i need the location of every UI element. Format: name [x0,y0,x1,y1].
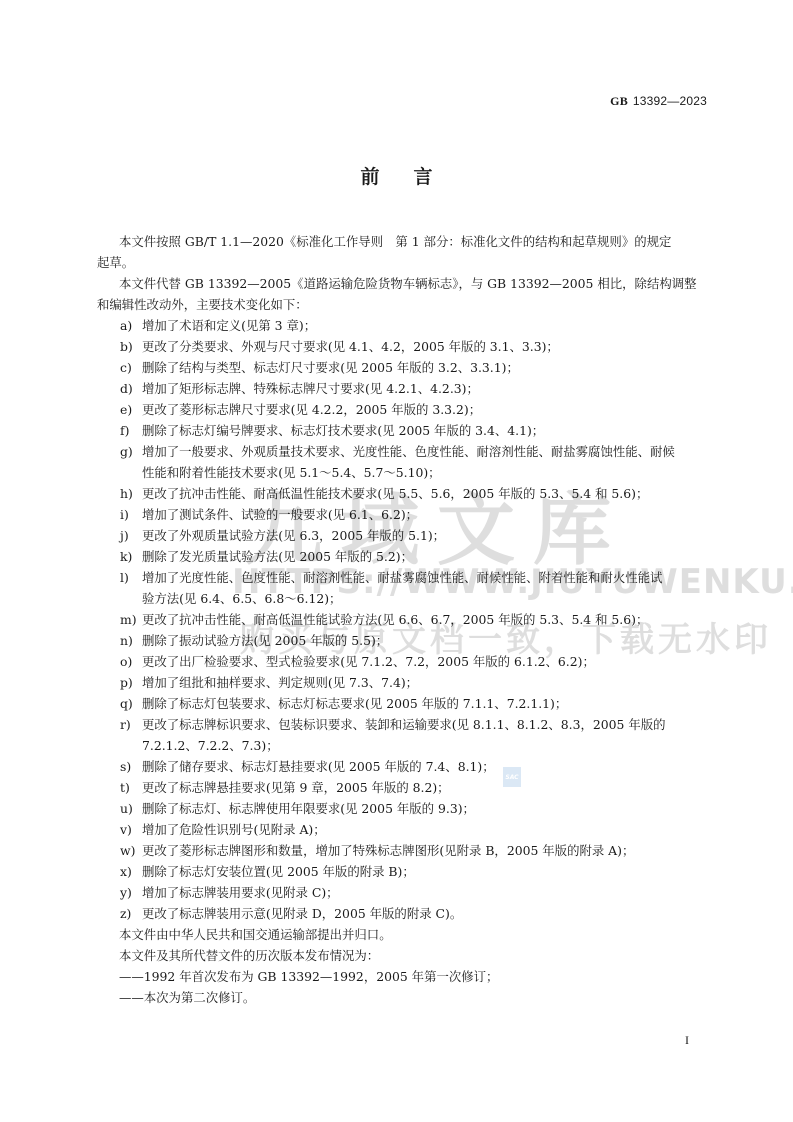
list-item-text: 删除了标志灯编号牌要求、标志灯技术要求(见 2005 年版的 3.4、4.1)； [142,423,544,438]
history-intro-line: 本文件及其所代替文件的历次版本发布情况为： [97,945,709,966]
list-marker: c) [120,357,132,378]
list-item-text: 删除了储存要求、标志灯悬挂要求(见 2005 年版的 7.4、8.1)； [142,759,495,774]
list-item: g)增加了一般要求、外观质量技术要求、光度性能、色度性能、耐溶剂性能、耐盐雾腐蚀… [97,441,709,462]
list-item: s)删除了储存要求、标志灯悬挂要求(见 2005 年版的 7.4、8.1)； [97,756,709,777]
list-item: d)增加了矩形标志牌、特殊标志牌尺寸要求(见 4.2.1、4.2.3)； [97,378,709,399]
standard-code-prefix: GB [610,94,628,108]
list-marker: p) [120,672,133,693]
list-item: x)删除了标志灯安装位置(见 2005 年版的附录 B)； [97,861,709,882]
list-item-continuation: 验方法(见 6.4、6.5、6.8～6.12)； [97,588,709,609]
list-item: h)更改了抗冲击性能、耐高低温性能技术要求(见 5.5、5.6，2005 年版的… [97,483,709,504]
list-item: n)删除了振动试验方法(见 2005 年版的 5.5)； [97,630,709,651]
list-item: f)删除了标志灯编号牌要求、标志灯技术要求(见 2005 年版的 3.4、4.1… [97,420,709,441]
list-item: q)删除了标志灯包装要求、标志灯标志要求(见 2005 年版的 7.1.1、7.… [97,693,709,714]
list-item: b)更改了分类要求、外观与尺寸要求(见 4.1、4.2，2005 年版的 3.1… [97,336,709,357]
list-item-text: 验方法(见 6.4、6.5、6.8～6.12)； [142,591,341,606]
list-item: i)增加了测试条件、试验的一般要求(见 6.1、6.2)； [97,504,709,525]
list-item-continuation: 7.2.1.2、7.2.2、7.3)； [97,735,709,756]
list-item-text: 增加了测试条件、试验的一般要求(见 6.1、6.2)； [142,507,418,522]
list-marker: f) [120,420,129,441]
list-item-text: 更改了出厂检验要求、型式检验要求(见 7.1.2、7.2，2005 年版的 6.… [142,654,595,669]
list-marker: j) [120,525,129,546]
list-item: w)更改了菱形标志牌图形和数量，增加了特殊标志牌图形(见附录 B，2005 年版… [97,840,709,861]
list-item-text: 增加了一般要求、外观质量技术要求、光度性能、色度性能、耐溶剂性能、耐盐雾腐蚀性能… [142,444,675,459]
paragraph-line: 本文件代替 GB 13392—2005《道路运输危险货物车辆标志》，与 GB 1… [97,273,709,294]
list-item-text: 删除了标志灯包装要求、标志灯标志要求(见 2005 年版的 7.1.1、7.2.… [142,696,567,711]
paragraph-line: 和编辑性改动外，主要技术变化如下： [97,294,709,315]
list-item-text: 删除了标志灯、标志牌使用年限要求(见 2005 年版的 9.3)； [142,801,475,816]
list-marker: u) [120,798,133,819]
list-marker: d) [120,378,133,399]
list-item-text: 7.2.1.2、7.2.2、7.3)； [142,738,279,753]
sac-logo-icon: SAC [503,767,521,787]
list-item-text: 更改了分类要求、外观与尺寸要求(见 4.1、4.2，2005 年版的 3.1、3… [142,339,559,354]
list-item: j)更改了外观质量试验方法(见 6.3，2005 年版的 5.1)； [97,525,709,546]
list-marker: s) [120,756,131,777]
list-marker: x) [120,861,132,882]
document-page: GB13392—2023 前言 九域文库 HTTPS://WWW.JIUYUWE… [0,0,793,1122]
list-item-text: 更改了外观质量试验方法(见 6.3，2005 年版的 5.1)； [142,528,445,543]
list-item: e)更改了菱形标志牌尺寸要求(见 4.2.2，2005 年版的 3.3.2)； [97,399,709,420]
list-marker: h) [120,483,133,504]
page-number: I [685,1033,689,1048]
list-item-text: 增加了组批和抽样要求、判定规则(见 7.3、7.4)； [142,675,418,690]
list-item: r)更改了标志牌标识要求、包装标识要求、装卸和运输要求(见 8.1.1、8.1.… [97,714,709,735]
list-item-text: 删除了振动试验方法(见 2005 年版的 5.5)； [142,633,388,648]
list-marker: o) [120,651,132,672]
list-item-text: 删除了标志灯安装位置(见 2005 年版的附录 B)； [142,864,415,879]
list-marker: n) [120,630,133,651]
list-item-text: 更改了标志牌标识要求、包装标识要求、装卸和运输要求(见 8.1.1、8.1.2、… [142,717,666,732]
list-item-text: 删除了发光质量试验方法(见 2005 年版的 5.2)； [142,549,413,564]
list-item: k)删除了发光质量试验方法(见 2005 年版的 5.2)； [97,546,709,567]
list-marker: g) [120,441,133,462]
list-item: l)增加了光度性能、色度性能、耐溶剂性能、耐盐雾腐蚀性能、耐候性能、附着性能和耐… [97,567,709,588]
list-item: t)更改了标志牌悬挂要求(见第 9 章，2005 年版的 8.2)； [97,777,709,798]
history-item: ——1992 年首次发布为 GB 13392—1992，2005 年第一次修订； [97,966,709,987]
page-title: 前言 [0,162,793,189]
list-item: c)删除了结构与类型、标志灯尺寸要求(见 2005 年版的 3.2、3.3.1)… [97,357,709,378]
list-marker: z) [120,903,131,924]
list-item: a)增加了术语和定义(见第 3 章)； [97,315,709,336]
paragraph-line: 起草。 [97,252,709,273]
changes-list: a)增加了术语和定义(见第 3 章)；b)更改了分类要求、外观与尺寸要求(见 4… [97,315,709,924]
list-marker: w) [120,840,135,861]
list-item-text: 更改了抗冲击性能、耐高低温性能技术要求(见 5.5、5.6，2005 年版的 5… [142,486,648,501]
list-marker: k) [120,546,132,567]
list-item: o)更改了出厂检验要求、型式检验要求(见 7.1.2、7.2，2005 年版的 … [97,651,709,672]
list-marker: e) [120,399,132,420]
list-item-text: 增加了标志牌装用要求(见附录 C)； [142,885,339,900]
list-marker: r) [120,714,131,735]
list-item-text: 更改了菱形标志牌图形和数量，增加了特殊标志牌图形(见附录 B，2005 年版的附… [142,843,634,858]
list-item-text: 更改了菱形标志牌尺寸要求(见 4.2.2，2005 年版的 3.3.2)； [142,402,481,417]
paragraph-line: 本文件按照 GB/T 1.1—2020《标准化工作导则 第 1 部分：标准化文件… [97,231,709,252]
proposed-by-line: 本文件由中华人民共和国交通运输部提出并归口。 [97,924,709,945]
list-item: p)增加了组批和抽样要求、判定规则(见 7.3、7.4)； [97,672,709,693]
list-item-text: 更改了标志牌装用示意(见附录 D，2005 年版的附录 C)。 [142,906,462,921]
list-marker: q) [120,693,133,714]
list-marker: b) [120,336,133,357]
list-marker: v) [120,819,132,840]
foreword-body: 本文件按照 GB/T 1.1—2020《标准化工作导则 第 1 部分：标准化文件… [97,231,709,1008]
list-marker: l) [120,567,129,588]
list-marker: a) [120,315,132,336]
list-item-text: 更改了标志牌悬挂要求(见第 9 章，2005 年版的 8.2)； [142,780,450,795]
list-marker: y) [120,882,132,903]
list-item-text: 性能和附着性能技术要求(见 5.1～5.4、5.7～5.10)； [142,465,441,480]
list-item-text: 增加了危险性识别号(见附录 A)； [142,822,326,837]
list-item-text: 增加了术语和定义(见第 3 章)； [142,318,316,333]
list-item: y)增加了标志牌装用要求(见附录 C)； [97,882,709,903]
list-item: v)增加了危险性识别号(见附录 A)； [97,819,709,840]
history-item: ——本次为第二次修订。 [97,987,709,1008]
list-item-text: 增加了矩形标志牌、特殊标志牌尺寸要求(见 4.2.1、4.2.3)； [142,381,479,396]
list-marker: t) [120,777,130,798]
standard-code: GB13392—2023 [610,94,707,109]
list-item-text: 增加了光度性能、色度性能、耐溶剂性能、耐盐雾腐蚀性能、耐候性能、附着性能和耐火性… [142,570,662,585]
list-item: z)更改了标志牌装用示意(见附录 D，2005 年版的附录 C)。 [97,903,709,924]
list-marker: i) [120,504,129,525]
list-item-text: 更改了抗冲击性能、耐高低温性能试验方法(见 6.6、6.7，2005 年版的 5… [142,612,648,627]
list-item-continuation: 性能和附着性能技术要求(见 5.1～5.4、5.7～5.10)； [97,462,709,483]
list-item-text: 删除了结构与类型、标志灯尺寸要求(见 2005 年版的 3.2、3.3.1)； [142,360,519,375]
list-marker: m) [120,609,137,630]
standard-code-number: 13392—2023 [633,94,707,108]
list-item: m)更改了抗冲击性能、耐高低温性能试验方法(见 6.6、6.7，2005 年版的… [97,609,709,630]
list-item: u)删除了标志灯、标志牌使用年限要求(见 2005 年版的 9.3)； [97,798,709,819]
